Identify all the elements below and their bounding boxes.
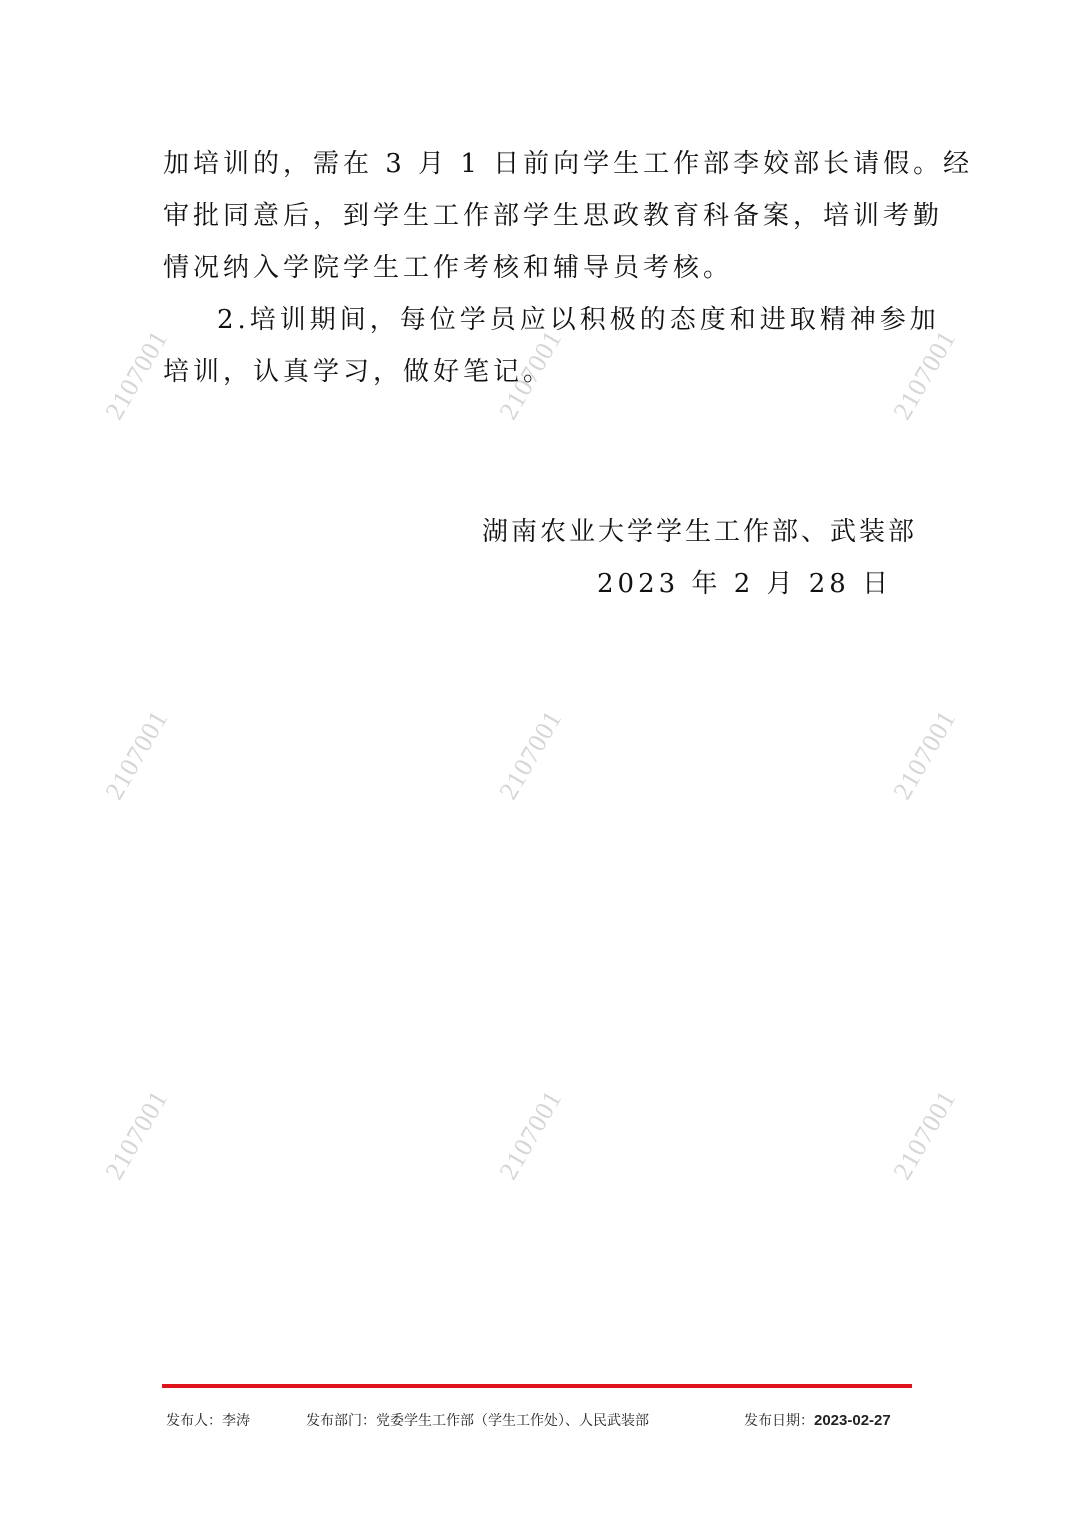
signature-date: 2023 年 2 月 28 日 (597, 563, 892, 600)
text-line: 培训，认真学习，做好笔记。 (163, 346, 913, 398)
watermark: 2107001 (494, 1085, 569, 1185)
paragraph-training-conduct: 2.培训期间，每位学员应以积极的态度和进取精神参加 培训，认真学习，做好笔记。 (163, 294, 913, 398)
department-name: 党委学生工作部（学生工作处）、人民武装部 (376, 1413, 649, 1429)
document-page: 2107001 2107001 2107001 2107001 2107001 … (0, 0, 1074, 1520)
text-line: 审批同意后，到学生工作部学生思政教育科备案，培训考勤 (163, 190, 913, 242)
footer-divider (162, 1384, 912, 1388)
publish-date: 发布日期：2023-02-27 (744, 1410, 891, 1430)
department-label: 发布部门： (306, 1413, 376, 1429)
watermark: 2107001 (494, 705, 569, 805)
watermark: 2107001 (888, 1085, 963, 1185)
publisher-name: 李涛 (222, 1413, 250, 1429)
publish-date-value: 2023-02-27 (814, 1412, 891, 1429)
text-line: 情况纳入学院学生工作考核和辅导员考核。 (163, 242, 913, 294)
watermark: 2107001 (888, 705, 963, 805)
watermark: 2107001 (100, 705, 175, 805)
watermark: 2107001 (100, 1085, 175, 1185)
department: 发布部门：党委学生工作部（学生工作处）、人民武装部 (306, 1410, 649, 1430)
publisher: 发布人：李涛 (166, 1410, 250, 1430)
signature-organization: 湖南农业大学学生工作部、武装部 (482, 511, 917, 548)
footer: 发布人：李涛 发布部门：党委学生工作部（学生工作处）、人民武装部 发布日期：20… (166, 1410, 912, 1432)
text-line: 加培训的，需在 3 月 1 日前向学生工作部李姣部长请假。经 (163, 138, 913, 190)
text-line: 2.培训期间，每位学员应以积极的态度和进取精神参加 (163, 294, 913, 346)
publisher-label: 发布人： (166, 1413, 222, 1429)
publish-date-label: 发布日期： (744, 1413, 814, 1429)
paragraph-attendance: 加培训的，需在 3 月 1 日前向学生工作部李姣部长请假。经 审批同意后，到学生… (163, 138, 913, 294)
